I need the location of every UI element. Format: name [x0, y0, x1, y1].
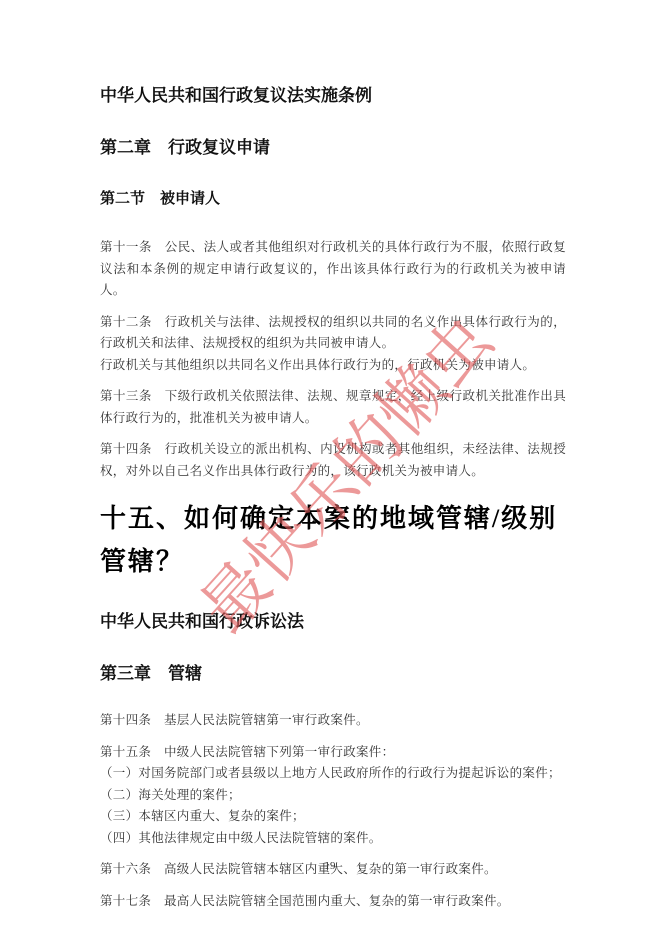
article-line: 第十二条 行政机关与法律、法规授权的组织以共同的名义作出具体行政行为的，行政机关…: [100, 312, 566, 355]
article-line: 第十七条 最高人民法院管辖全国范围内重大、复杂的第一审行政案件。: [100, 891, 566, 913]
article: 第十三条 下级行政机关依照法律、法规、规章规定，经上级行政机关批准作出具体行政行…: [100, 386, 566, 429]
article: 第十一条 公民、法人或者其他组织对行政机关的具体行政行为不服，依照行政复议法和本…: [100, 237, 566, 302]
doc1-articles: 第十一条 公民、法人或者其他组织对行政机关的具体行政行为不服，依照行政复议法和本…: [100, 237, 566, 482]
doc2-title: 中华人民共和国行政诉讼法: [100, 612, 566, 631]
article-line: 第十三条 下级行政机关依照法律、法规、规章规定，经上级行政机关批准作出具体行政行…: [100, 386, 566, 429]
article-line: 第十四条 行政机关设立的派出机构、内设机构或者其他组织，未经法律、法规授权，对外…: [100, 439, 566, 482]
doc1-title: 中华人民共和国行政复议法实施条例: [100, 86, 566, 105]
doc1-chapter-heading: 第二章 行政复议申请: [100, 138, 566, 157]
article-line: 第十一条 公民、法人或者其他组织对行政机关的具体行政行为不服，依照行政复议法和本…: [100, 237, 566, 302]
question-heading: 十五、如何确定本案的地域管辖/级别管辖？: [100, 497, 566, 583]
article-line: （二）海关处理的案件；: [100, 785, 566, 807]
article-line: 第十五条 中级人民法院管辖下列第一审行政案件：: [100, 742, 566, 764]
doc2-articles: 第十四条 基层人民法院管辖第一审行政案件。第十五条 中级人民法院管辖下列第一审行…: [100, 710, 566, 912]
article: 第十四条 行政机关设立的派出机构、内设机构或者其他组织，未经法律、法规授权，对外…: [100, 439, 566, 482]
document-page: 最快乐的懒虫 中华人民共和国行政复议法实施条例 第二章 行政复议申请 第二节 被…: [0, 0, 660, 933]
page-content: 中华人民共和国行政复议法实施条例 第二章 行政复议申请 第二节 被申请人 第十一…: [100, 0, 566, 922]
page-number: 19: [0, 860, 660, 872]
article: 第十二条 行政机关与法律、法规授权的组织以共同的名义作出具体行政行为的，行政机关…: [100, 312, 566, 377]
article: 第十七条 最高人民法院管辖全国范围内重大、复杂的第一审行政案件。: [100, 891, 566, 913]
article-line: 行政机关与其他组织以共同名义作出具体行政行为的，行政机关为被申请人。: [100, 355, 566, 377]
article-line: （一）对国务院部门或者县级以上地方人民政府所作的行政行为提起诉讼的案件；: [100, 763, 566, 785]
article: 第十五条 中级人民法院管辖下列第一审行政案件：（一）对国务院部门或者县级以上地方…: [100, 742, 566, 850]
article-line: 第十四条 基层人民法院管辖第一审行政案件。: [100, 710, 566, 732]
doc2-chapter-heading: 第三章 管辖: [100, 664, 566, 683]
article-line: （四）其他法律规定由中级人民法院管辖的案件。: [100, 828, 566, 850]
doc1-section-heading: 第二节 被申请人: [100, 190, 566, 207]
article-line: （三）本辖区内重大、复杂的案件；: [100, 806, 566, 828]
article: 第十四条 基层人民法院管辖第一审行政案件。: [100, 710, 566, 732]
